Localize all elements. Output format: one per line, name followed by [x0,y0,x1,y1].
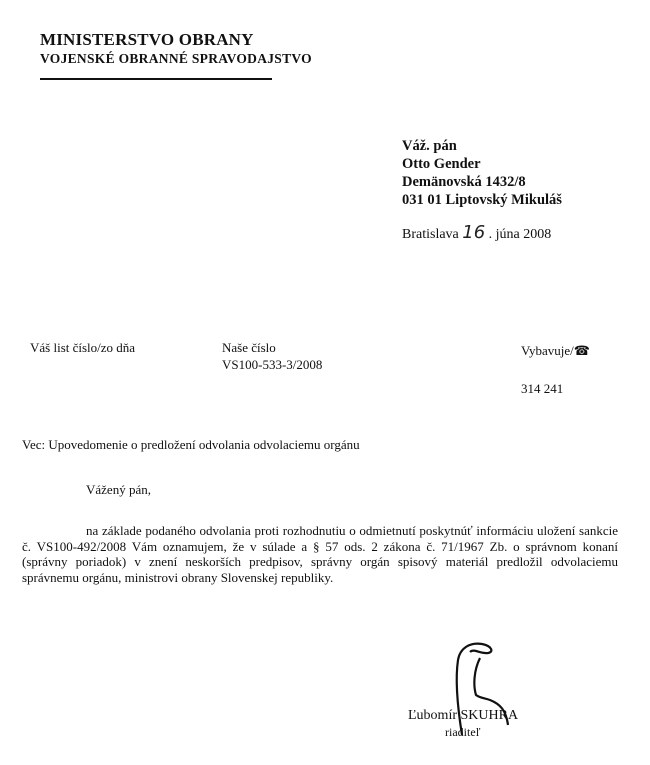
telephone-icon: ☎ [574,343,590,358]
subject-line: Vec: Upovedomenie o predložení odvolania… [22,437,360,453]
handled-by-label: Vybavuje/☎ [521,343,590,359]
date-line: Bratislava 16 . júna 2008 [402,222,551,243]
letterhead-divider [40,78,272,80]
handled-by-text: Vybavuje/ [521,343,574,358]
agency-name: VOJENSKÉ OBRANNÉ SPRAVODAJSTVO [40,51,312,67]
our-number-label: Naše číslo [222,340,276,356]
greeting: Vážený pán, [86,482,151,498]
handled-by-value: 314 241 [521,381,563,397]
recipient-street: Demänovská 1432/8 [402,174,526,191]
our-number-value: VS100-533-3/2008 [222,357,322,373]
ministry-name: MINISTERSTVO OBRANY [40,30,254,50]
date-rest: . júna 2008 [489,227,552,242]
date-place: Bratislava [402,227,459,242]
letter-body: na základe podaného odvolania proti rozh… [22,523,618,585]
recipient-name: Otto Gender [402,156,481,173]
date-day-handwritten: 16 [462,222,485,243]
your-letter-label: Váš list číslo/zo dňa [30,340,135,356]
signatory-name: Ľubomír SKUHRA [408,708,518,724]
body-paragraph: na základe podaného odvolania proti rozh… [22,523,618,585]
recipient-city: 031 01 Liptovský Mikuláš [402,192,562,209]
signatory-title: riaditeľ [445,725,481,740]
recipient-salutation: Váž. pán [402,138,457,155]
